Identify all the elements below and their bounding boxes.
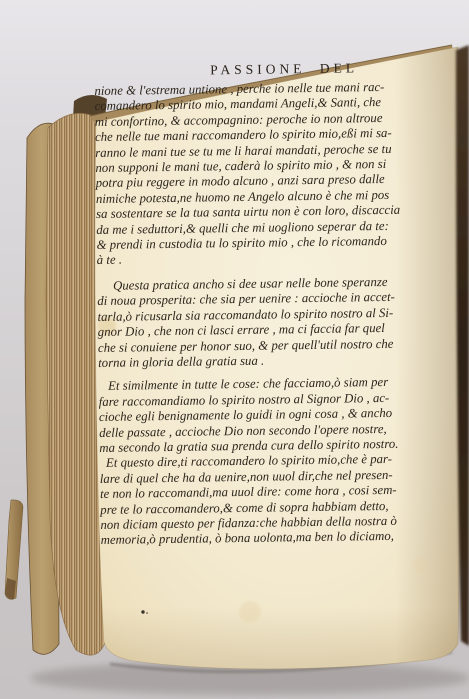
paragraph-3: Et similmente in tutte le cose: che facc…	[98, 374, 447, 456]
running-header: PASSIONE DEL	[110, 58, 458, 80]
paragraph-2: Questa pratica ancho si dee usar nelle b…	[97, 274, 446, 371]
paragraph-1: nione & l'estrema untione , perche io ne…	[94, 79, 445, 269]
page-content: PASSIONE DEL nione & l'estrema untione ,…	[94, 58, 449, 549]
ink-spot	[146, 612, 148, 614]
ink-spot	[141, 610, 144, 613]
paragraph-4: Et questo dire,ti raccomandero lo spirit…	[99, 451, 448, 548]
foxing-stain	[239, 601, 261, 623]
book-photo-scene: PASSIONE DEL nione & l'estrema untione ,…	[0, 0, 469, 699]
foxing-stain	[413, 558, 427, 572]
